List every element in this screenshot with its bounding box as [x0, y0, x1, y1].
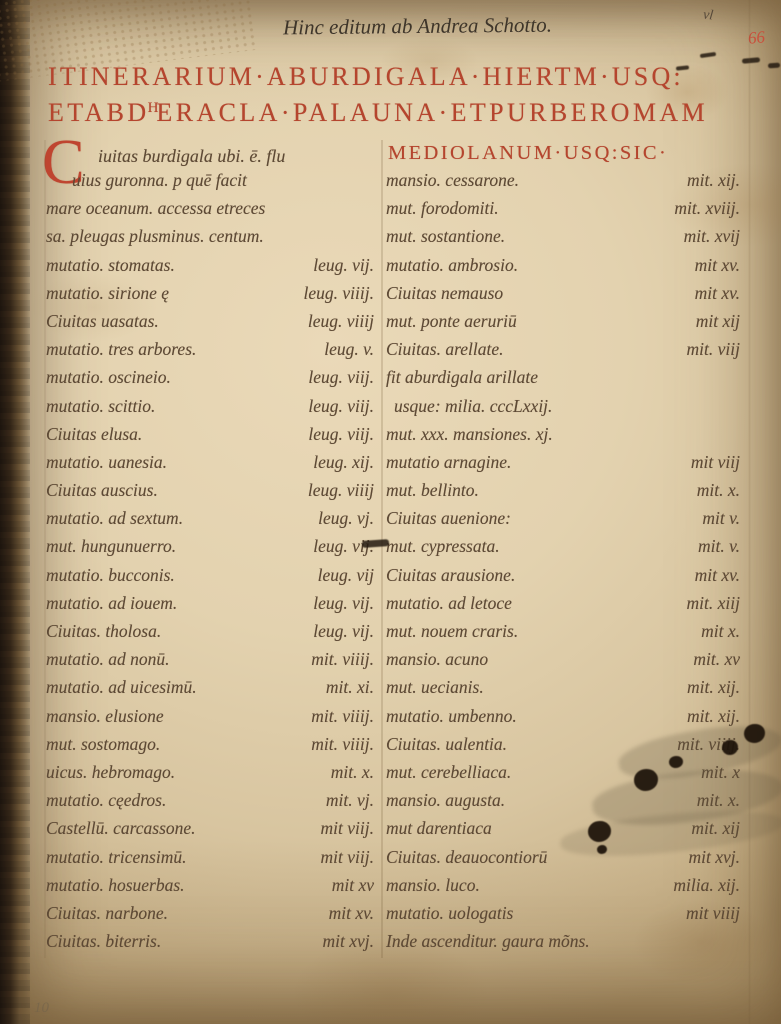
place-text: mutatio. uanesia. [46, 452, 167, 473]
itinerary-row: mut. cypressata.mit. v. [386, 536, 744, 564]
itinerary-row: mutatio. ad nonū.mit. viiij. [46, 649, 378, 677]
distance-text: mit xvj. [322, 931, 378, 952]
rubric-title-line2-pre: ETABD [48, 98, 150, 127]
itinerary-row: mansio. luco.milia. xij. [386, 875, 744, 903]
distance-text: leug. viiij. [304, 283, 378, 304]
itinerary-row: mutatio arnagine.mit viij [386, 452, 744, 480]
place-text: mutatio. oscineio. [46, 367, 171, 388]
left-column: uius guronna. p quē facitmare oceanum. a… [46, 170, 378, 959]
itinerary-row: Ciuitas auscius.leug. viiij [46, 480, 378, 508]
distance-text: leug. v. [324, 339, 378, 360]
distance-text: mit xv. [695, 283, 744, 304]
place-text: mansio. elusione [46, 706, 164, 727]
itinerary-row: Ciuitas uasatas.leug. viiij [46, 311, 378, 339]
place-text: fit aburdigala arillate [386, 367, 538, 388]
distance-text: leug. vij. [313, 255, 378, 276]
distance-text: leug. vij [318, 565, 378, 586]
place-text: Ciuitas. tholosa. [46, 621, 161, 642]
place-text: mutatio. ad uicesimū. [46, 677, 197, 698]
distance-text: leug. xij. [313, 452, 378, 473]
itinerary-row: mutatio. oscineio.leug. viij. [46, 367, 378, 395]
parchment-crease [748, 0, 751, 1024]
place-text: Castellū. carcassone. [46, 818, 196, 839]
place-text: mutatio. scittio. [46, 396, 155, 417]
distance-text: milia. xij. [673, 875, 744, 896]
rubric-title-line1: ITINERARIUM·ABURDIGALA·HIERTM·USQ: [48, 62, 684, 92]
distance-text: mit xij [696, 311, 744, 332]
itinerary-row: Ciuitas. tholosa.leug. vij. [46, 621, 378, 649]
distance-text: mit xv. [329, 903, 378, 924]
top-annotation: Hinc editum ab Andrea Schotto. [283, 13, 552, 41]
distance-text: mit. viij [687, 339, 744, 360]
itinerary-row: mansio. acunomit. xv [386, 649, 744, 677]
place-text: mansio. cessarone. [386, 170, 519, 191]
distance-text: mit viij. [321, 847, 378, 868]
itinerary-row: uius guronna. p quē facit [46, 170, 378, 198]
corner-pencil-mark: vl [702, 8, 714, 25]
place-text: mutatio. ad letoce [386, 593, 512, 614]
itinerary-row: mutatio. ambrosio.mit xv. [386, 255, 744, 283]
distance-text: mit xv. [695, 255, 744, 276]
distance-text: leug. vij. [313, 593, 378, 614]
itinerary-row: fit aburdigala arillate [386, 367, 744, 395]
itinerary-row: mutatio. bucconis.leug. vij [46, 565, 378, 593]
place-text: mutatio. ad sextum. [46, 508, 183, 529]
itinerary-row: mut. nouem craris.mit x. [386, 621, 744, 649]
distance-text: mit. viiij. [311, 649, 378, 670]
itinerary-row: mutatio. uanesia.leug. xij. [46, 452, 378, 480]
distance-text: mit xvj. [688, 847, 744, 868]
left-column-header: iuitas burdigala ubi. ē. flu [98, 146, 285, 167]
itinerary-row: Ciuitas. narbone.mit xv. [46, 903, 378, 931]
itinerary-row: sa. pleugas plusminus. centum. [46, 226, 378, 254]
rubric-title-line2: ETABDHERACLA·PALAUNA·ETPURBEROMAM [48, 98, 708, 128]
distance-text: mit. x. [697, 480, 744, 501]
distance-text: leug. viiij [308, 480, 378, 501]
place-text: Ciuitas uasatas. [46, 311, 159, 332]
itinerary-row: Ciuitas. biterris.mit xvj. [46, 931, 378, 959]
place-text: mutatio. umbenno. [386, 706, 517, 727]
place-text: mut. sostomago. [46, 734, 160, 755]
itinerary-row: Ciuitas auenione:mit v. [386, 508, 744, 536]
itinerary-row: Castellū. carcassone.mit viij. [46, 818, 378, 846]
distance-text: mit. xiij [687, 593, 744, 614]
distance-text: mit xv. [695, 565, 744, 586]
place-text: mut. nouem craris. [386, 621, 518, 642]
place-text: Ciuitas nemauso [386, 283, 503, 304]
itinerary-row: mutatio. ad iouem.leug. vij. [46, 593, 378, 621]
distance-text: leug. vj. [318, 508, 378, 529]
place-text: Inde ascenditur. gaura mõns. [386, 931, 590, 952]
book-spine-edge [0, 0, 30, 1024]
itinerary-row: mut. forodomiti.mit. xviij. [386, 198, 744, 226]
place-text: mutatio. uologatis [386, 903, 513, 924]
itinerary-row: mutatio. sirione ęleug. viiij. [46, 283, 378, 311]
distance-text: mit. xvij [684, 226, 744, 247]
itinerary-row: mutatio. ad sextum.leug. vj. [46, 508, 378, 536]
distance-text: mit viiij [686, 903, 744, 924]
distance-text: mit viij [691, 452, 744, 473]
distance-text: leug. viiij [308, 311, 378, 332]
rubric-title-line2-post: ERACLA·PALAUNA·ETPURBEROMAM [156, 98, 708, 127]
place-text: sa. pleugas plusminus. centum. [46, 226, 264, 247]
distance-text: mit. viiij. [311, 734, 378, 755]
itinerary-row: uicus. hebromago.mit. x. [46, 762, 378, 790]
itinerary-row: mut. hungunuerro.leug. vij. [46, 536, 378, 564]
itinerary-row: mutatio. umbenno.mit. xij. [386, 706, 744, 734]
itinerary-row: mutatio. uologatismit viiij [386, 903, 744, 931]
place-text: mut. forodomiti. [386, 198, 499, 219]
place-text: uicus. hebromago. [46, 762, 175, 783]
itinerary-row: Ciuitas nemausomit xv. [386, 283, 744, 311]
place-text: Ciuitas. ualentia. [386, 734, 507, 755]
ink-dash [700, 52, 716, 58]
ink-dash [768, 63, 780, 69]
itinerary-row: mut. sostantione.mit. xvij [386, 226, 744, 254]
itinerary-row: Ciuitas. arellate.mit. viij [386, 339, 744, 367]
itinerary-row: Ciuitas arausione.mit xv. [386, 565, 744, 593]
place-text: mutatio. bucconis. [46, 565, 175, 586]
place-text: mutatio. tres arbores. [46, 339, 196, 360]
place-text: Ciuitas. deauocontiorū [386, 847, 547, 868]
itinerary-row: mutatio. tricensimū.mit viij. [46, 847, 378, 875]
distance-text: mit. xij. [687, 706, 744, 727]
column-divider-rule [381, 140, 383, 958]
place-text: mutatio arnagine. [386, 452, 511, 473]
place-text: mut. cerebelliaca. [386, 762, 511, 783]
place-text: usque: milia. cccLxxij. [394, 396, 552, 417]
distance-text: mit. vj. [326, 790, 378, 811]
place-text: mutatio. sirione ę [46, 283, 169, 304]
distance-text: leug. viij. [308, 367, 378, 388]
itinerary-row: mut. xxx. mansiones. xj. [386, 424, 744, 452]
itinerary-row: mut. sostomago.mit. viiij. [46, 734, 378, 762]
place-text: Ciuitas elusa. [46, 424, 142, 445]
place-text: Ciuitas auscius. [46, 480, 158, 501]
place-text: mansio. augusta. [386, 790, 505, 811]
place-text: mut. hungunuerro. [46, 536, 176, 557]
bottom-page-number: 10 [34, 1000, 49, 1017]
distance-text: mit xv [332, 875, 378, 896]
place-text: mut darentiaca [386, 818, 492, 839]
ink-dash [742, 57, 760, 64]
place-text: mut. sostantione. [386, 226, 505, 247]
itinerary-row: mutatio. ad uicesimū.mit. xi. [46, 677, 378, 705]
distance-text: leug. vij. [313, 621, 378, 642]
place-text: mare oceanum. accessa etreces [46, 198, 265, 219]
itinerary-row: mut. uecianis.mit. xij. [386, 677, 744, 705]
itinerary-row: mutatio. ad letocemit. xiij [386, 593, 744, 621]
place-text: mutatio. cęedros. [46, 790, 166, 811]
itinerary-row: mansio. cessarone.mit. xij. [386, 170, 744, 198]
distance-text: mit. xi. [326, 677, 378, 698]
distance-text: mit. xviij. [674, 198, 744, 219]
place-text: mut. bellinto. [386, 480, 479, 501]
distance-text: mit x. [701, 621, 744, 642]
place-text: mut. ponte aeruriū [386, 311, 517, 332]
place-text: mutatio. tricensimū. [46, 847, 186, 868]
itinerary-row: Inde ascenditur. gaura mõns. [386, 931, 744, 959]
itinerary-row: mutatio. stomatas.leug. vij. [46, 255, 378, 283]
itinerary-row: mut. ponte aeruriūmit xij [386, 311, 744, 339]
itinerary-row: usque: milia. cccLxxij. [386, 396, 744, 424]
place-text: mut. cypressata. [386, 536, 500, 557]
itinerary-row: mutatio. hosuerbas.mit xv [46, 875, 378, 903]
itinerary-row: mutatio. scittio.leug. viij. [46, 396, 378, 424]
place-text: uius guronna. p quē facit [72, 170, 247, 191]
place-text: Ciuitas. narbone. [46, 903, 168, 924]
place-text: mutatio. stomatas. [46, 255, 175, 276]
place-text: mut. uecianis. [386, 677, 484, 698]
distance-text: mit. x. [331, 762, 378, 783]
manuscript-page: Hinc editum ab Andrea Schotto. vl 66 ITI… [0, 0, 781, 1024]
itinerary-row: Ciuitas elusa.leug. viij. [46, 424, 378, 452]
distance-text: mit. v. [698, 536, 744, 557]
place-text: mut. xxx. mansiones. xj. [386, 424, 553, 445]
itinerary-row: mutatio. cęedros.mit. vj. [46, 790, 378, 818]
distance-text: mit. xij. [687, 677, 744, 698]
place-text: mansio. luco. [386, 875, 480, 896]
distance-text: leug. viij. [308, 396, 378, 417]
distance-text: mit viij. [321, 818, 378, 839]
place-text: mutatio. ad nonū. [46, 649, 169, 670]
place-text: Ciuitas arausione. [386, 565, 515, 586]
place-text: Ciuitas. arellate. [386, 339, 503, 360]
right-column-header: MEDIOLANUM·USQ:SIC· [388, 142, 668, 165]
distance-text: leug. viij. [308, 424, 378, 445]
place-text: mansio. acuno [386, 649, 488, 670]
distance-text: mit. viiij. [311, 706, 378, 727]
itinerary-row: mutatio. tres arbores.leug. v. [46, 339, 378, 367]
place-text: mutatio. hosuerbas. [46, 875, 185, 896]
itinerary-row: mut. bellinto.mit. x. [386, 480, 744, 508]
place-text: Ciuitas auenione: [386, 508, 511, 529]
distance-text: mit. xv [693, 649, 744, 670]
place-text: mutatio. ad iouem. [46, 593, 177, 614]
distance-text: mit v. [702, 508, 744, 529]
distance-text: mit. xij. [687, 170, 744, 191]
itinerary-row: mansio. elusionemit. viiij. [46, 706, 378, 734]
place-text: mutatio. ambrosio. [386, 255, 518, 276]
itinerary-row: Ciuitas. deauocontiorūmit xvj. [386, 847, 744, 875]
itinerary-row: mare oceanum. accessa etreces [46, 198, 378, 226]
place-text: Ciuitas. biterris. [46, 931, 161, 952]
